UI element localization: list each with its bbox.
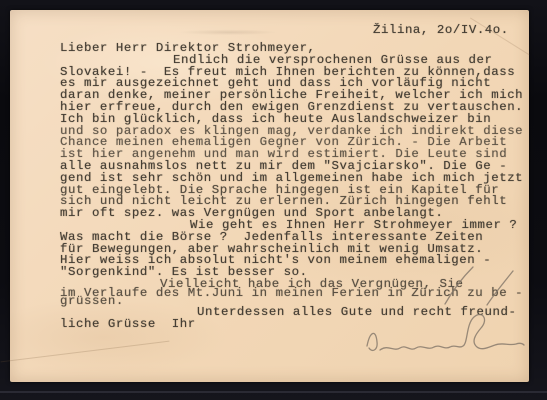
postcard-paper: Žilina, 2o/IV.4o. Lieber Herr Direktor S…	[10, 10, 529, 382]
handwritten-signature	[305, 260, 530, 375]
letter-line: sich und nicht leicht zu erlernen. Züric…	[60, 196, 542, 208]
letter-line: ist hier angenehm und man wird estimiert…	[60, 149, 542, 161]
paper-crease-bottom-left	[1, 341, 170, 363]
postcard-scan-frame: Žilina, 2o/IV.4o. Lieber Herr Direktor S…	[0, 0, 547, 400]
